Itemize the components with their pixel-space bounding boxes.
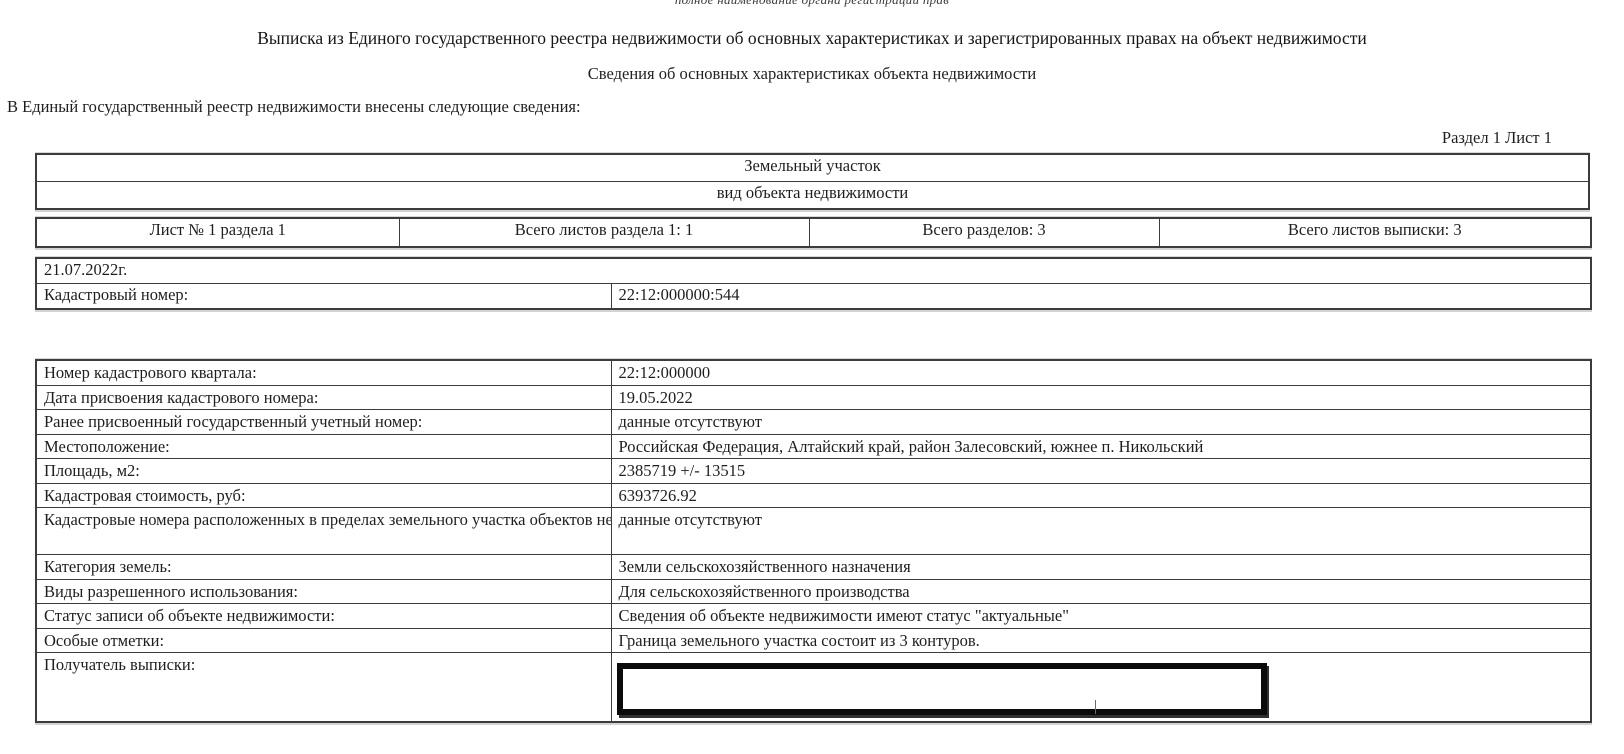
document-title: Выписка из Единого государственного реес…	[60, 28, 1564, 49]
detail-value: 6393726.92	[611, 483, 1591, 508]
detail-value: 2385719 +/- 13515	[611, 459, 1591, 484]
detail-value: 22:12:000000	[611, 360, 1591, 385]
table-row: Площадь, м2: 2385719 +/- 13515	[36, 459, 1591, 484]
object-type-table: Земельный участок вид объекта недвижимос…	[35, 153, 1590, 210]
table-row: Лист № 1 раздела 1 Всего листов раздела …	[36, 218, 1591, 247]
detail-label: Получатель выписки:	[36, 653, 611, 723]
table-row: Кадастровая стоимость, руб: 6393726.92	[36, 483, 1591, 508]
total-sheets-section-cell: Всего листов раздела 1: 1	[399, 218, 809, 247]
registrar-caption-clipped: полное наименование органа регистрации п…	[0, 0, 1624, 8]
egrn-extract-page: полное наименование органа регистрации п…	[0, 0, 1624, 754]
detail-value: 19.05.2022	[611, 385, 1591, 410]
table-row: Виды разрешенного использования: Для сел…	[36, 579, 1591, 604]
object-type-caption: вид объекта недвижимости	[36, 182, 1589, 210]
detail-label: Особые отметки:	[36, 628, 611, 653]
extract-date-cell: 21.07.2022г.	[36, 258, 1591, 284]
table-row: Ранее присвоенный государственный учетны…	[36, 410, 1591, 435]
cadastral-number-value: 22:12:000000:544	[611, 284, 1591, 310]
scan-artifact-line	[1095, 700, 1096, 714]
table-row: Получатель выписки:	[36, 653, 1591, 723]
detail-label: Статус записи об объекте недвижимости:	[36, 604, 611, 629]
table-row: Статус записи об объекте недвижимости: С…	[36, 604, 1591, 629]
table-row: Категория земель: Земли сельскохозяйстве…	[36, 555, 1591, 580]
detail-label: Площадь, м2:	[36, 459, 611, 484]
detail-label: Ранее присвоенный государственный учетны…	[36, 410, 611, 435]
total-sheets-extract-cell: Всего листов выписки: 3	[1159, 218, 1591, 247]
cadastral-number-label: Кадастровый номер:	[36, 284, 611, 310]
table-row: Кадастровый номер: 22:12:000000:544	[36, 284, 1591, 310]
sheet-info-table: Лист № 1 раздела 1 Всего листов раздела …	[35, 217, 1592, 248]
table-row: Дата присвоения кадастрового номера: 19.…	[36, 385, 1591, 410]
details-table: Номер кадастрового квартала: 22:12:00000…	[35, 359, 1592, 723]
redaction-box	[617, 663, 1267, 715]
table-row: Местоположение: Российская Федерация, Ал…	[36, 434, 1591, 459]
detail-value: Земли сельскохозяйственного назначения	[611, 555, 1591, 580]
table-row: Земельный участок	[36, 154, 1589, 182]
table-row: Кадастровые номера расположенных в преде…	[36, 508, 1591, 555]
intro-line: В Единый государственный реестр недвижим…	[7, 97, 1207, 117]
document-subtitle: Сведения об основных характеристиках объ…	[0, 64, 1624, 84]
detail-value: данные отсутствуют	[611, 410, 1591, 435]
table-row: 21.07.2022г.	[36, 258, 1591, 284]
detail-value: Российская Федерация, Алтайский край, ра…	[611, 434, 1591, 459]
object-type-value: Земельный участок	[36, 154, 1589, 182]
detail-label: Кадастровые номера расположенных в преде…	[36, 508, 611, 555]
total-sections-cell: Всего разделов: 3	[809, 218, 1159, 247]
section-sheet-label: Раздел 1 Лист 1	[35, 128, 1590, 148]
table-row: Особые отметки: Граница земельного участ…	[36, 628, 1591, 653]
table-row: Номер кадастрового квартала: 22:12:00000…	[36, 360, 1591, 385]
detail-value: данные отсутствуют	[611, 508, 1591, 555]
detail-label: Категория земель:	[36, 555, 611, 580]
detail-label: Местоположение:	[36, 434, 611, 459]
table-row: вид объекта недвижимости	[36, 182, 1589, 210]
detail-value: Для сельскохозяйственного производства	[611, 579, 1591, 604]
detail-label: Кадастровая стоимость, руб:	[36, 483, 611, 508]
detail-label: Номер кадастрового квартала:	[36, 360, 611, 385]
detail-label: Виды разрешенного использования:	[36, 579, 611, 604]
registration-table: 21.07.2022г. Кадастровый номер: 22:12:00…	[35, 257, 1592, 310]
detail-value: Граница земельного участка состоит из 3 …	[611, 628, 1591, 653]
detail-label: Дата присвоения кадастрового номера:	[36, 385, 611, 410]
detail-value: Сведения об объекте недвижимости имеют с…	[611, 604, 1591, 629]
detail-value-redacted	[611, 653, 1591, 723]
sheet-number-cell: Лист № 1 раздела 1	[36, 218, 399, 247]
